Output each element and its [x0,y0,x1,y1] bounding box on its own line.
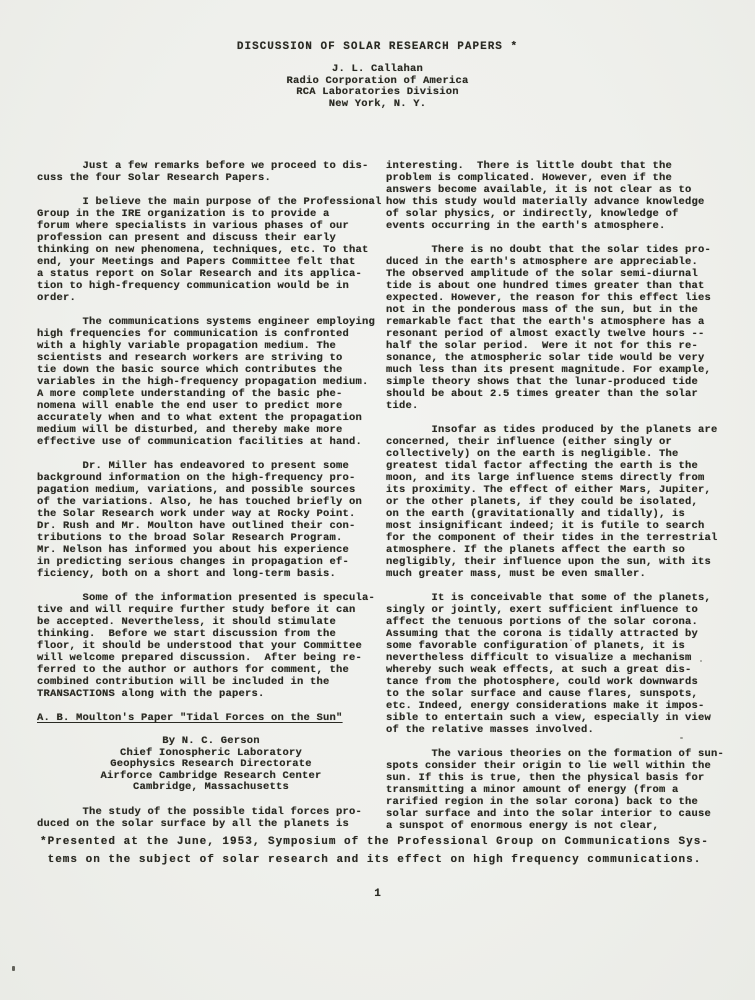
scan-speckle [12,966,15,971]
paragraph: There is no doubt that the solar tides p… [386,244,734,412]
paragraph: I believe the main purpose of the Profes… [37,196,385,304]
scan-speckle [700,660,702,662]
left-column: Just a few remarks before we proceed to … [37,160,385,842]
scan-speckle [570,639,572,641]
paragraph: Dr. Miller has endeavored to present som… [37,460,385,580]
document-page: DISCUSSION OF SOLAR RESEARCH PAPERS * J.… [0,0,755,1000]
section-heading: A. B. Moulton's Paper "Tidal Forces on t… [37,712,385,724]
author-block: J. L. Callahan Radio Corporation of Amer… [0,64,755,110]
paper-title: DISCUSSION OF SOLAR RESEARCH PAPERS * [0,41,755,53]
paragraph: The communications systems engineer empl… [37,316,385,448]
page-number: 1 [0,888,755,900]
paragraph: Just a few remarks before we proceed to … [37,160,385,184]
right-column: interesting. There is little doubt that … [386,160,734,844]
scan-speckle [680,737,683,739]
paragraph: interesting. There is little doubt that … [386,160,734,232]
paragraph: It is conceivable that some of the plane… [386,592,734,736]
footnote: *Presented at the June, 1953, Symposium … [40,833,742,869]
paragraph: The various theories on the formation of… [386,748,734,832]
paragraph: Insofar as tides produced by the planets… [386,424,734,580]
paragraph: Some of the information presented is spe… [37,592,385,700]
paragraph: The study of the possible tidal forces p… [37,806,385,830]
byline-block: By N. C. Gerson Chief Ionospheric Labora… [37,736,385,794]
